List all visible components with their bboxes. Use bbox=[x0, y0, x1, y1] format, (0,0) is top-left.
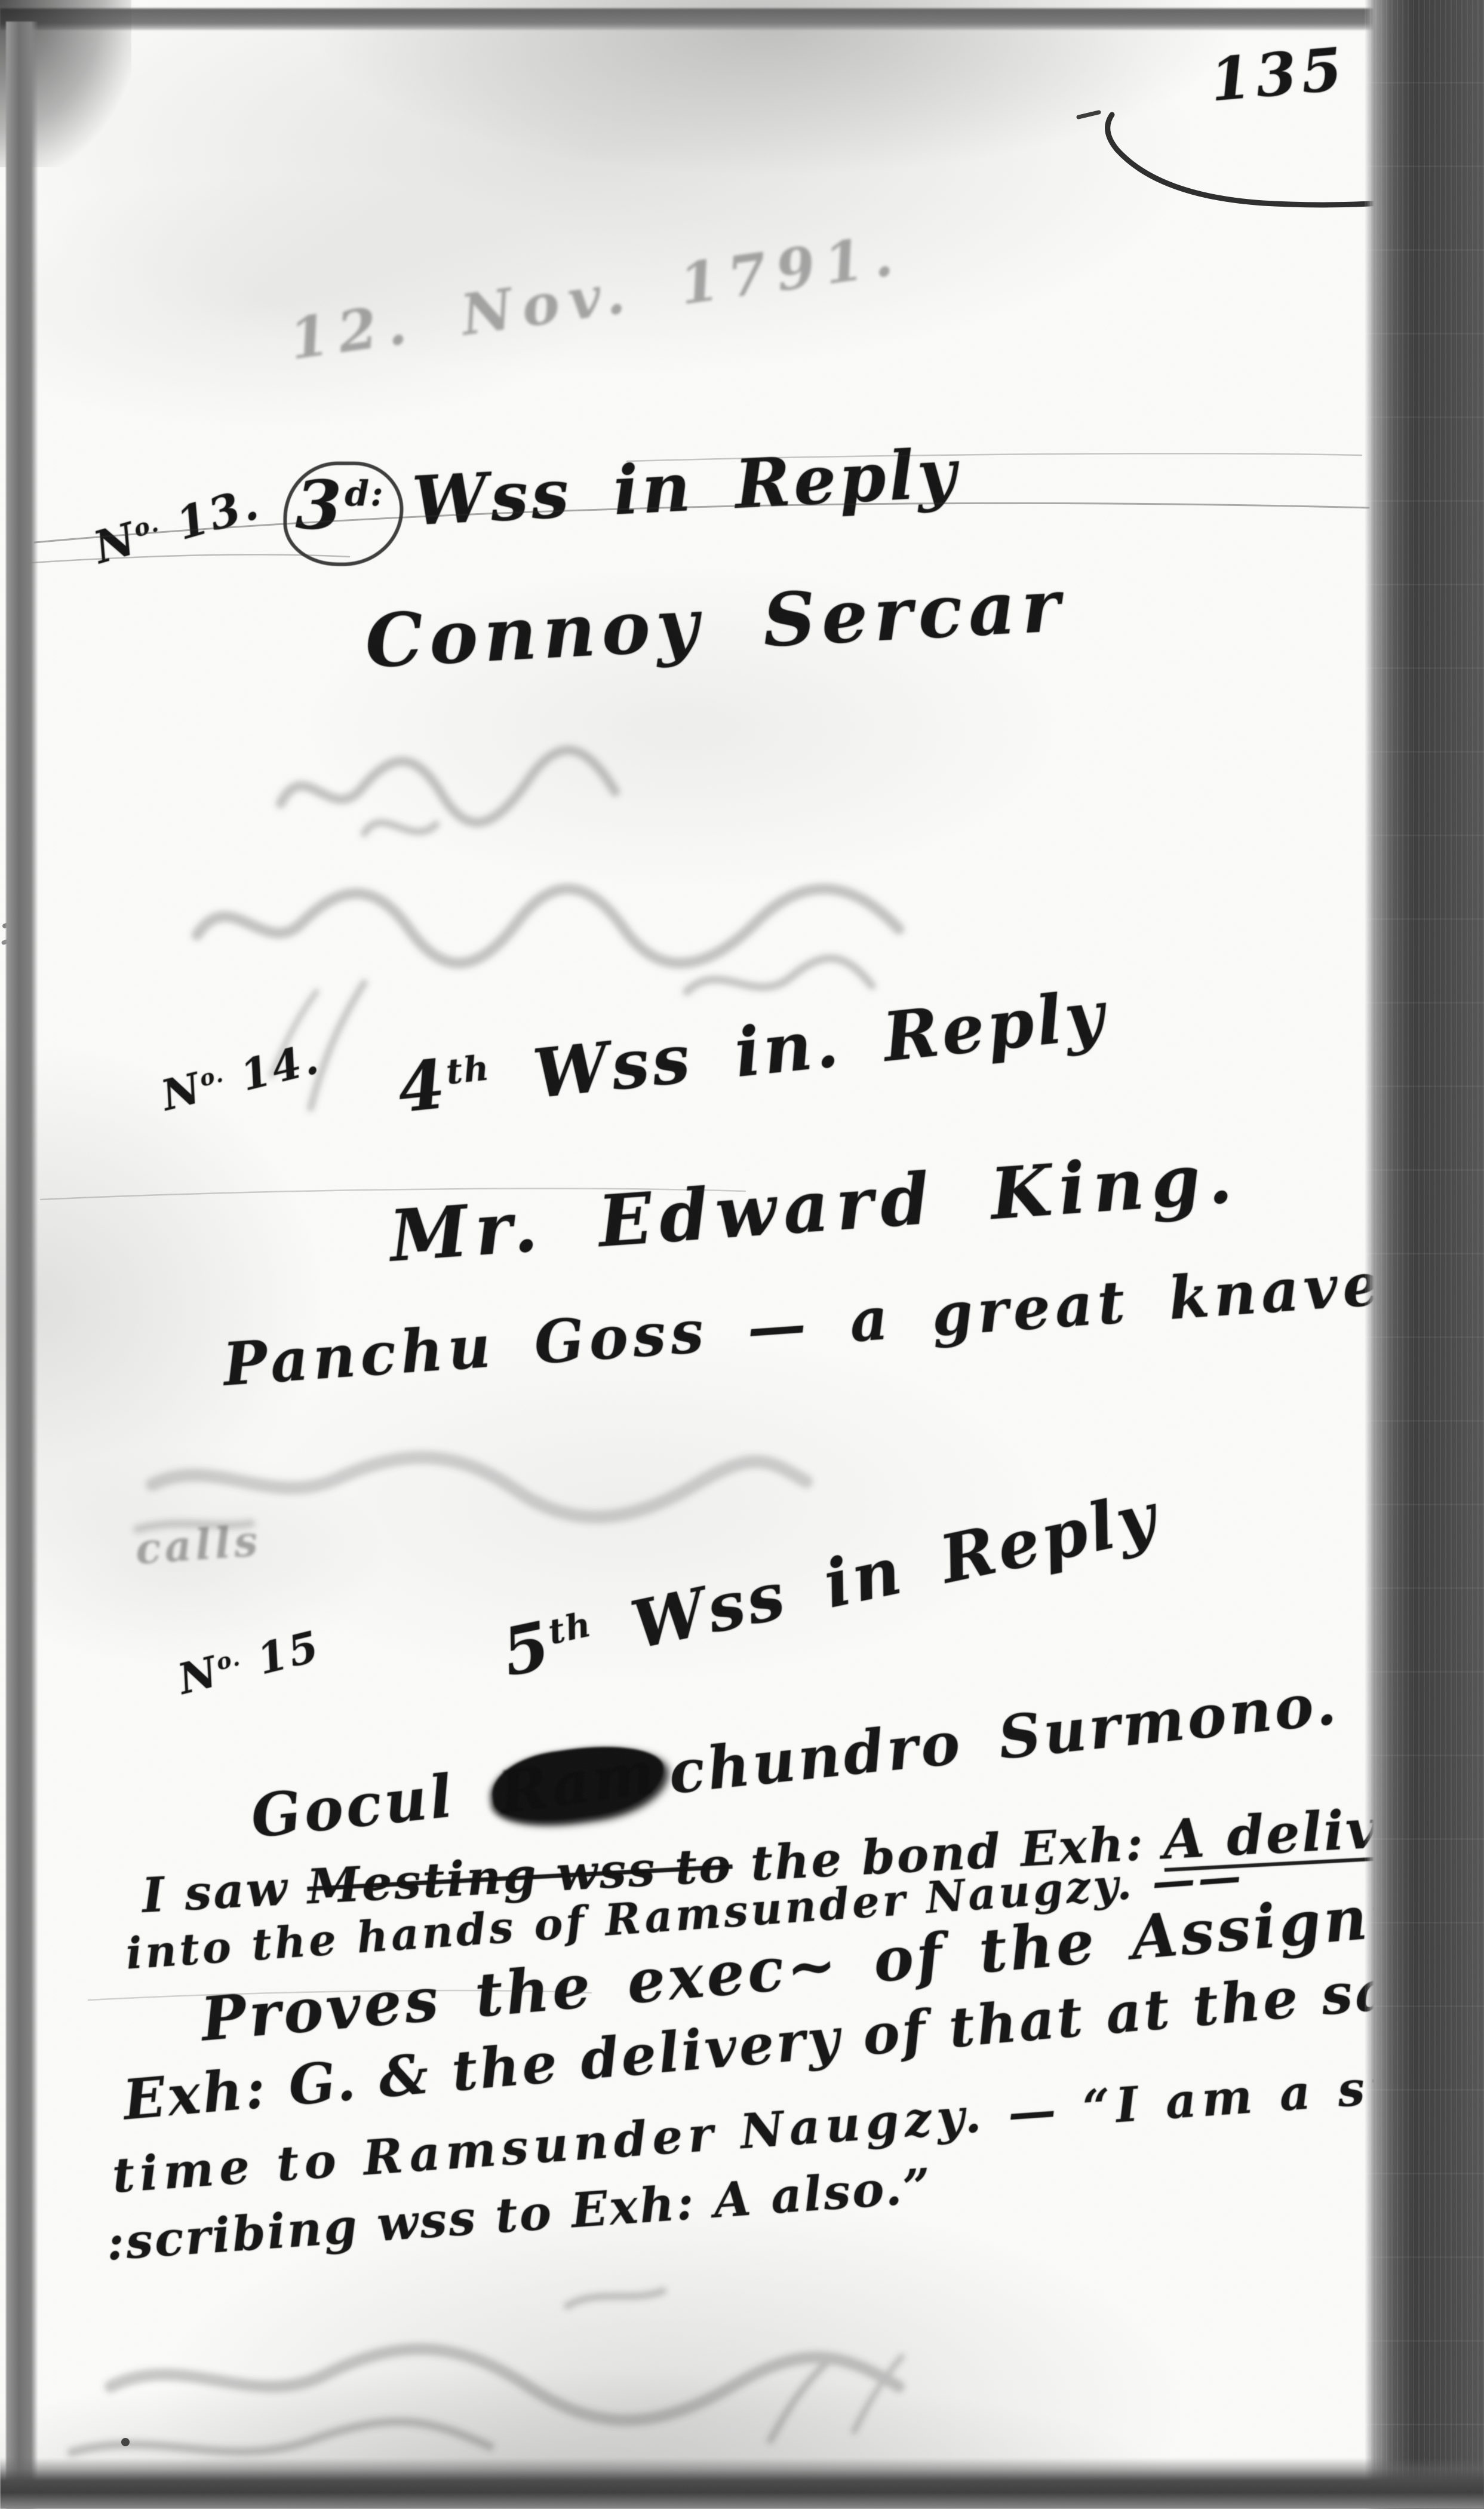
text-fragment: I saw bbox=[140, 1858, 308, 1923]
circled-ordinal: 3d: bbox=[283, 462, 403, 566]
ordinal: 3 bbox=[295, 467, 345, 545]
label-number: 15 bbox=[253, 1621, 325, 1684]
heading-text: Wss in Reply bbox=[410, 434, 961, 541]
folio-number: 135 bbox=[1208, 35, 1350, 115]
bleedthrough-squiggle bbox=[687, 958, 872, 992]
faded-date-line: 12. Nov. 1791. bbox=[285, 222, 906, 373]
scan-left-edge bbox=[6, 22, 38, 2509]
entry-13-witness-name: Connoy Sercar bbox=[363, 562, 1068, 685]
label-number: 13. bbox=[171, 478, 266, 550]
bleedthrough-squiggle bbox=[197, 889, 899, 963]
margin-note: calls bbox=[134, 1516, 263, 1574]
ordinal-suffix: d: bbox=[345, 473, 384, 514]
ink-blot: Ram bbox=[488, 1737, 669, 1829]
heading-text: Wss in. Reply bbox=[530, 976, 1111, 1114]
entry-14-witness-name: Mr. Edward King. bbox=[387, 1136, 1242, 1278]
entry-15-heading: 5th Wss in Reply bbox=[496, 1477, 1165, 1691]
entry-13-number: No. 13. bbox=[88, 478, 266, 574]
bleedthrough-squiggle bbox=[364, 823, 436, 833]
bleedthrough-squiggle bbox=[110, 2349, 899, 2420]
scan-bottom-edge bbox=[0, 2458, 1484, 2509]
label-number: 14. bbox=[236, 1033, 325, 1101]
entry-14-number: No. 14. bbox=[156, 1033, 325, 1121]
manuscript-page-scan: 135 12. Nov. 1791. No. 13. 3d:Wss in Rep… bbox=[0, 0, 1484, 2509]
bleedthrough-squiggle bbox=[72, 2422, 490, 2452]
bleedthrough-squiggle bbox=[311, 983, 364, 1108]
scan-top-edge bbox=[0, 8, 1484, 30]
heading-text: Wss in Reply bbox=[625, 1477, 1165, 1664]
bleedthrough-squiggle bbox=[281, 750, 615, 823]
ordinal: 4 bbox=[394, 1045, 451, 1128]
book-binding-gutter bbox=[1365, 0, 1484, 2509]
bleedthrough-squiggle bbox=[152, 1458, 806, 1517]
ordinal-suffix: th bbox=[545, 1604, 595, 1652]
folio-tick bbox=[1079, 112, 1099, 117]
ordinal-suffix: th bbox=[444, 1047, 492, 1092]
ink-speck bbox=[121, 2438, 130, 2446]
bleedthrough-squiggle bbox=[770, 2360, 830, 2440]
entry-15-number: No. 15 bbox=[173, 1621, 325, 1704]
entry-14-heading: 4th Wss in. Reply bbox=[394, 976, 1110, 1128]
bleedthrough-squiggle bbox=[567, 2291, 663, 2306]
witness-name-part: chundro bbox=[665, 1704, 1002, 1807]
entry-13-heading: 3d:Wss in Reply bbox=[281, 430, 962, 569]
witness-name-part: Gocul bbox=[248, 1758, 494, 1852]
bleedthrough-squiggle bbox=[854, 2357, 902, 2431]
